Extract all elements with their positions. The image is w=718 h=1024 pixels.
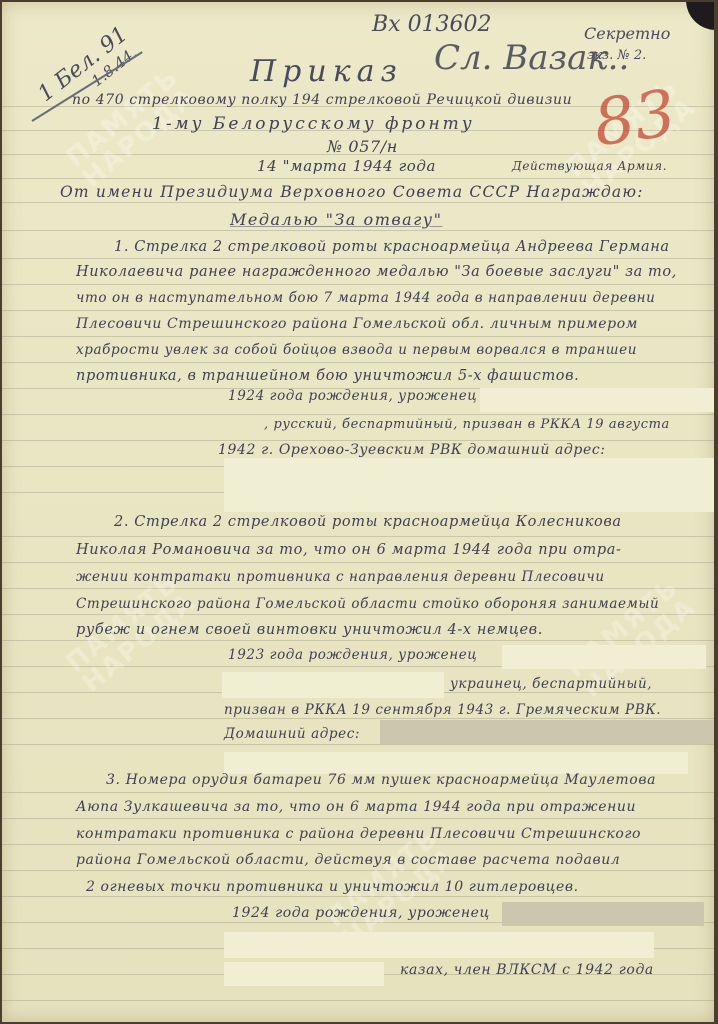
ruled-line: [2, 258, 714, 259]
bio-line: Домашний адрес:: [224, 726, 360, 742]
redacted-address: [224, 458, 714, 512]
redacted-birthplace: [502, 645, 706, 669]
bio-line: 1924 года рождения, уроженец: [232, 905, 490, 921]
ruled-line: [2, 818, 714, 819]
entry-line: района Гомельской области, действуя в со…: [76, 852, 620, 868]
document-page: ПАМЯТЬНАРОДА ПАМЯТЬНАРОДА ПАМЯТЬНАРОДА П…: [2, 2, 714, 1022]
entry-line: контратаки противника с района деревни П…: [76, 826, 641, 842]
ruled-line: [2, 792, 714, 793]
order-location: Действующая Армия.: [512, 159, 667, 173]
entry-line: рубеж и огнем своей винтовки уничтожил 4…: [76, 622, 543, 638]
entry-line: жении контратаки противника с направлени…: [76, 569, 605, 585]
bio-line: 1924 года рождения, уроженец: [228, 388, 477, 404]
ruled-line: [2, 310, 714, 311]
ruled-line: [2, 1000, 714, 1001]
bio-line: , русский, беспартийный, призван в РККА …: [264, 417, 670, 432]
bio-line: 1923 года рождения, уроженец: [228, 647, 477, 663]
entry-line: 3. Номера орудия батареи 76 мм пушек кра…: [106, 772, 656, 788]
redacted-birthplace-cont: [224, 932, 654, 958]
entry-line: 1. Стрелка 2 стрелковой роты красноармей…: [114, 239, 670, 255]
redacted-birthplace-cont: [222, 672, 444, 698]
bio-line: 1942 г. Орехово-Зуевским РВК домашний ад…: [218, 442, 606, 458]
ruled-line: [2, 870, 714, 871]
secrecy-label: Секретно: [584, 24, 670, 43]
torn-corner: [686, 2, 714, 30]
entry-line: противника, в траншейном бою уничтожил 5…: [76, 368, 579, 384]
ruled-line: [2, 414, 714, 415]
medal-name: Медалью "За отвагу": [230, 210, 442, 229]
entry-line: что он в наступательном бою 7 марта 1944…: [76, 290, 655, 306]
bio-line: казах, член ВЛКСМ с 1942 года: [400, 962, 654, 978]
ruled-line: [2, 202, 714, 203]
entry-line: Аюпа Зулкашевича за то, что он 6 марта 1…: [76, 799, 636, 815]
order-unit-line: по 470 стрелковому полку 194 стрелковой …: [72, 92, 572, 108]
redacted-birthplace: [502, 902, 704, 926]
incoming-number: Вх 013602: [372, 12, 492, 37]
order-title: Приказ: [250, 54, 403, 89]
ruled-line: [2, 336, 714, 337]
redacted-nationality-prefix: [224, 962, 384, 986]
entry-line: 2. Стрелка 2 стрелковой роты красноармей…: [114, 514, 622, 530]
order-number: № 057/н: [327, 137, 398, 156]
redacted-address: [380, 720, 714, 744]
ruled-line: [2, 230, 714, 231]
ruled-line: [2, 744, 714, 745]
redacted-birthplace: [480, 388, 714, 412]
entry-line: Плесовичи Стрешинского района Гомельской…: [76, 316, 638, 332]
ruled-line: [2, 284, 714, 285]
entry-line: 2 огневых точки противника и уничтожил 1…: [86, 879, 579, 895]
ruled-line: [2, 362, 714, 363]
copy-number: экз. № 2.: [587, 48, 646, 63]
ruled-line: [2, 718, 714, 719]
order-date: 14 "марта 1944 года: [257, 157, 436, 175]
bio-line: украинец, беспартийный,: [450, 676, 652, 692]
entry-line: храбрости увлек за собой бойцов взвода и…: [76, 342, 637, 358]
ruled-line: [2, 440, 714, 441]
entry-line: Николаевича ранее награжденного медалью …: [76, 264, 677, 280]
ruled-line: [2, 844, 714, 845]
ruled-line: [2, 536, 714, 537]
order-front-line: 1-му Белорусскому фронту: [152, 114, 475, 134]
entry-line: Стрешинского района Гомельской области с…: [76, 596, 659, 612]
red-pencil-mark: 83: [589, 77, 680, 162]
entry-line: Николая Романовича за то, что он 6 марта…: [76, 542, 621, 558]
bio-line: призван в РККА 19 сентября 1943 г. Гремя…: [224, 702, 661, 718]
ruled-line: [2, 562, 714, 563]
order-preamble: От имени Президиума Верховного Совета СС…: [60, 183, 644, 201]
ruled-line: [2, 588, 714, 589]
redacted-address-cont: [224, 752, 688, 774]
